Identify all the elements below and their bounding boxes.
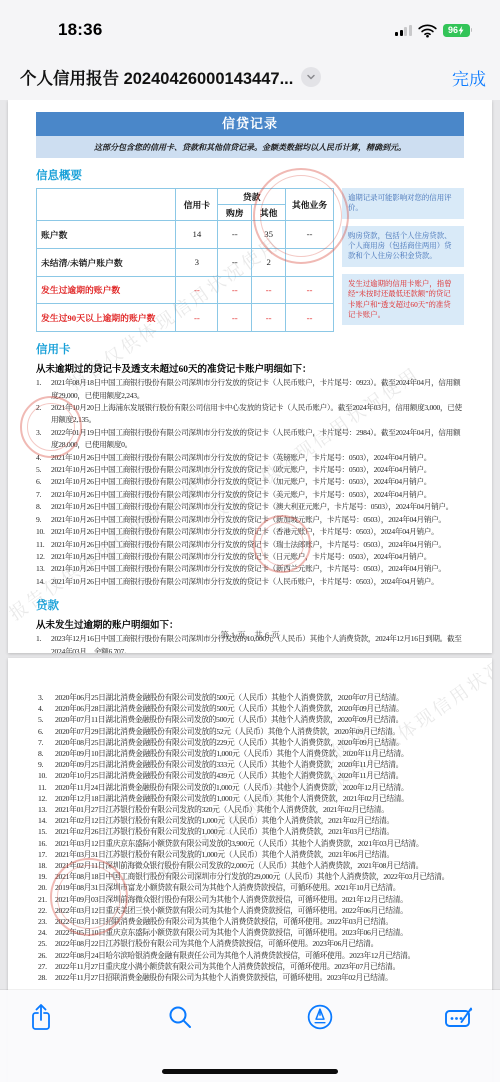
item-number: 9. xyxy=(36,514,51,526)
item-number: 12. xyxy=(38,793,55,804)
item-number: 24. xyxy=(38,927,55,938)
summary-note: 购房贷款，包括个人住房贷款、个人商用房（包括商住两用）贷款和个人住房公积金贷款。 xyxy=(342,226,464,267)
loan-item: 25.2022年08月22日江苏银行股份有限公司为其他个人消费贷款授信，可循环使… xyxy=(38,938,464,949)
summary-row-value: -- xyxy=(176,304,218,332)
report-page-1: 信贷记录 这部分包含您的信用卡、贷款和其他信贷记录。金额类数据均以人民币计算，精… xyxy=(8,100,492,653)
summary-table-row: 发生过逾期的账户数-------- xyxy=(37,276,334,304)
markup-icon xyxy=(306,1003,334,1031)
item-number: 6. xyxy=(36,476,51,488)
status-icons: 96 xyxy=(395,23,472,38)
item-text: 2020年07月29日湖北消费金融股份有限公司发放的52元（人民币）其他个人消费… xyxy=(55,726,464,737)
summary-notes: 逾期记录可能影响对您的信用评价。购房贷款，包括个人住房贷款、个人商用房（包括商住… xyxy=(342,188,464,332)
item-text: 2020年08月25日湖北消费金融股份有限公司发放的229元（人民币）其他个人消… xyxy=(55,737,464,748)
item-text: 2020年10月25日湖北消费金融股份有限公司发放的439元（人民币）其他个人消… xyxy=(55,770,464,781)
loan-item: 22.2022年03月12日重庆美团三快小额贷款有限公司为其他个人消费贷款授信，… xyxy=(38,905,464,916)
section-banner-subtitle: 这部分包含您的信用卡、贷款和其他信贷记录。金额类数据均以人民币计算，精确到元。 xyxy=(36,136,464,158)
loan-item: 12.2020年12月18日湖北消费金融股份有限公司发放的1,000元（人民币）… xyxy=(38,793,464,804)
summary-row-value: -- xyxy=(286,304,334,332)
item-number: 10. xyxy=(38,770,55,781)
summary-row-value: 2 xyxy=(252,248,286,276)
section-banner: 信贷记录 xyxy=(36,112,464,136)
loan-item: 24.2022年05月10日重庆京东盛际小额贷款有限公司为其他个人消费贷款授信，… xyxy=(38,927,464,938)
item-text: 2021年10月26日中国工商银行股份有限公司深圳市分行发放的贷记卡（瑞士法郎账… xyxy=(51,539,464,551)
credit-card-item: 12.2021年10月26日中国工商银行股份有限公司深圳市分行发放的贷记卡（日元… xyxy=(36,551,464,563)
col-loan-house: 购房 xyxy=(218,205,252,221)
autofill-button[interactable] xyxy=(442,1001,476,1033)
home-indicator[interactable] xyxy=(162,1069,338,1074)
item-number: 23. xyxy=(38,916,55,927)
done-button[interactable]: 完成 xyxy=(452,65,486,90)
col-loan-other: 其他 xyxy=(252,205,286,221)
loan-item: 10.2020年10月25日湖北消费金融股份有限公司发放的439元（人民币）其他… xyxy=(38,770,464,781)
col-other-biz: 其他业务 xyxy=(286,189,334,221)
markup-button[interactable] xyxy=(303,1001,337,1033)
summary-row-label: 发生过90天以上逾期的账户数 xyxy=(37,304,176,332)
summary-row-value: 14 xyxy=(176,221,218,249)
item-text: 2020年11月24日湖北消费金融股份有限公司发放的1,000元（人民币）其他个… xyxy=(55,782,464,793)
credit-card-item: 5.2021年10月26日中国工商银行股份有限公司深圳市分行发放的贷记卡（欧元账… xyxy=(36,464,464,476)
credit-card-item: 11.2021年10月26日中国工商银行股份有限公司深圳市分行发放的贷记卡（瑞士… xyxy=(36,539,464,551)
nav-bar: 个人信用报告 20240426000143447... 完成 xyxy=(0,54,500,100)
loan-item: 19.2021年08月18日中国工商银行股份有限公司深圳市分行发放的29,000… xyxy=(38,871,464,882)
charging-bolt-icon xyxy=(458,26,464,35)
loan-item: 4.2020年06月28日湖北消费金融股份有限公司发放的500元（人民币）其他个… xyxy=(38,703,464,714)
chevron-down-icon xyxy=(305,71,317,83)
item-number: 27. xyxy=(38,961,55,972)
summary-row-value: 35 xyxy=(252,221,286,249)
item-number: 9. xyxy=(38,759,55,770)
loan-section-title: 贷款 xyxy=(36,597,464,613)
loan-item: 13.2021年01月27日江苏银行股份有限公司发放的320元（人民币）其他个人… xyxy=(38,804,464,815)
summary-row-value: -- xyxy=(218,304,252,332)
item-text: 2021年09月03日深圳前海微众银行股份有限公司为其他个人消费贷款授信，可循环… xyxy=(55,894,464,905)
summary-row-label: 发生过逾期的账户数 xyxy=(37,276,176,304)
item-number: 6. xyxy=(38,726,55,737)
share-button[interactable] xyxy=(24,1001,58,1033)
title-menu-button[interactable] xyxy=(301,67,321,87)
credit-card-item: 6.2021年10月26日中国工商银行股份有限公司深圳市分行发放的贷记卡（加元账… xyxy=(36,476,464,488)
item-number: 7. xyxy=(38,737,55,748)
item-number: 14. xyxy=(36,576,51,588)
loan-item: 14.2021年02月12日江苏银行股份有限公司发放的1,000元（人民币）其他… xyxy=(38,815,464,826)
summary-row-value: -- xyxy=(252,304,286,332)
page-number: 第 1 页，共 6 页 xyxy=(8,629,492,641)
item-text: 2021年10月26日中国工商银行股份有限公司深圳市分行发放的贷记卡（加元账户，… xyxy=(51,476,464,488)
item-number: 10. xyxy=(36,526,51,538)
item-number: 7. xyxy=(36,489,51,501)
item-text: 2021年10月26日中国工商银行股份有限公司深圳市分行发放的贷记卡（欧元账户，… xyxy=(51,464,464,476)
summary-section-title: 信息概要 xyxy=(36,167,464,183)
item-number: 26. xyxy=(38,950,55,961)
loan-item: 28.2022年11月27日招联消费金融股份有限公司为其他个人消费贷款授信，可循… xyxy=(38,972,464,983)
col-credit-card: 信用卡 xyxy=(176,189,218,221)
wifi-icon xyxy=(418,23,437,38)
item-number: 2. xyxy=(36,402,51,427)
document-title: 个人信用报告 20240426000143447... xyxy=(20,65,293,89)
share-icon xyxy=(29,1003,53,1032)
search-icon xyxy=(167,1004,193,1030)
loan-item: 7.2020年08月25日湖北消费金融股份有限公司发放的229元（人民币）其他个… xyxy=(38,737,464,748)
item-number: 4. xyxy=(36,452,51,464)
credit-card-item: 8.2021年10月26日中国工商银行股份有限公司深圳市分行发放的贷记卡（澳大利… xyxy=(36,501,464,513)
search-button[interactable] xyxy=(163,1001,197,1033)
item-number: 5. xyxy=(36,464,51,476)
item-text: 2021年02月11日深圳前海微众银行股份有限公司发放的2,000元（人民币）其… xyxy=(55,860,464,871)
item-text: 2021年03月12日重庆京东盛际小额贷款有限公司发放的3,900元（人民币）其… xyxy=(55,838,464,849)
summary-row-value xyxy=(286,248,334,276)
cellular-signal-icon xyxy=(395,25,412,36)
item-number: 8. xyxy=(38,748,55,759)
item-number: 11. xyxy=(36,539,51,551)
loan-item: 16.2021年03月12日重庆京东盛际小额贷款有限公司发放的3,900元（人民… xyxy=(38,838,464,849)
item-number: 12. xyxy=(36,551,51,563)
item-number: 3. xyxy=(36,427,51,452)
item-text: 2022年08月22日江苏银行股份有限公司为其他个人消费贷款授信，可循环使用。2… xyxy=(55,938,464,949)
item-number: 25. xyxy=(38,938,55,949)
credit-card-item: 3.2022年01月19日中国工商银行股份有限公司深圳市分行发放的贷记卡（人民币… xyxy=(36,427,464,452)
clock: 18:36 xyxy=(58,20,102,40)
item-number: 28. xyxy=(38,972,55,983)
item-number: 13. xyxy=(36,563,51,575)
document-scroll-area[interactable]: 信贷记录 这部分包含您的信用卡、贷款和其他信贷记录。金额类数据均以人民币计算，精… xyxy=(0,100,500,1082)
summary-row-label: 未结清/未销户账户数 xyxy=(37,248,176,276)
item-number: 19. xyxy=(38,871,55,882)
item-text: 2020年12月18日湖北消费金融股份有限公司发放的1,000元（人民币）其他个… xyxy=(55,793,464,804)
credit-card-item: 10.2021年10月26日中国工商银行股份有限公司深圳市分行发放的贷记卡（香港… xyxy=(36,526,464,538)
item-text: 2021年10月26日中国工商银行股份有限公司深圳市分行发放的贷记卡（英镑账户，… xyxy=(51,452,464,464)
item-text: 2020年09月10日湖北消费金融股份有限公司发放的1,000元（人民币）其他个… xyxy=(55,748,464,759)
credit-card-item: 9.2021年10月26日中国工商银行股份有限公司深圳市分行发放的贷记卡（新加坡… xyxy=(36,514,464,526)
item-text: 2021年10月26日中国工商银行股份有限公司深圳市分行发放的贷记卡（日元账户，… xyxy=(51,551,464,563)
loan-item: 15.2021年02月26日江苏银行股份有限公司发放的1,000元（人民币）其他… xyxy=(38,826,464,837)
loan-item: 11.2020年11月24日湖北消费金融股份有限公司发放的1,000元（人民币）… xyxy=(38,782,464,793)
item-number: 3. xyxy=(38,692,55,703)
loan-item: 5.2020年07月11日湖北消费金融股份有限公司发放的500元（人民币）其他个… xyxy=(38,714,464,725)
summary-row-value: -- xyxy=(218,221,252,249)
summary-note: 逾期记录可能影响对您的信用评价。 xyxy=(342,188,464,219)
bottom-toolbar xyxy=(0,990,500,1082)
battery-icon: 96 xyxy=(443,24,473,37)
item-text: 2021年10月26日中国工商银行股份有限公司深圳市分行发放的贷记卡（美元账户，… xyxy=(51,489,464,501)
credit-card-list: 1.2021年08月18日中国工商银行股份有限公司深圳市分行发放的贷记卡（人民币… xyxy=(36,377,464,588)
summary-row-value: -- xyxy=(252,276,286,304)
item-text: 2022年03月13日招联消费金融股份有限公司为其他个人消费贷款授信，可循环使用… xyxy=(55,916,464,927)
loan-item: 17.2021年03月31日江苏银行股份有限公司发放的1,000元（人民币）其他… xyxy=(38,849,464,860)
item-number: 4. xyxy=(38,703,55,714)
item-text: 2020年09月25日湖北消费金融股份有限公司发放的333元（人民币）其他个人消… xyxy=(55,759,464,770)
item-number: 1. xyxy=(36,377,51,402)
item-text: 2022年08月24日哈尔滨哈银消费金融有限责任公司为其他个人消费贷款授信，可循… xyxy=(55,950,464,961)
loan-continuation-list: 3.2020年06月25日湖北消费金融股份有限公司发放的500元（人民币）其他个… xyxy=(38,692,464,983)
item-text: 2020年07月11日湖北消费金融股份有限公司发放的500元（人民币）其他个人消… xyxy=(55,714,464,725)
item-text: 2021年02月26日江苏银行股份有限公司发放的1,000元（人民币）其他个人消… xyxy=(55,826,464,837)
loan-item: 3.2020年06月25日湖北消费金融股份有限公司发放的500元（人民币）其他个… xyxy=(38,692,464,703)
item-text: 2021年01月27日江苏银行股份有限公司发放的320元（人民币）其他个人消费贷… xyxy=(55,804,464,815)
item-number: 8. xyxy=(36,501,51,513)
item-text: 2021年10月26日中国工商银行股份有限公司深圳市分行发放的贷记卡（澳大利亚元… xyxy=(51,501,464,513)
credit-card-item: 13.2021年10月26日中国工商银行股份有限公司深圳市分行发放的贷记卡（新西… xyxy=(36,563,464,575)
item-number: 22. xyxy=(38,905,55,916)
item-text: 2021年10月26日中国工商银行股份有限公司深圳市分行发放的贷记卡（新加坡元账… xyxy=(51,514,464,526)
loan-item: 21.2021年09月03日深圳前海微众银行股份有限公司为其他个人消费贷款授信，… xyxy=(38,894,464,905)
summary-table-row: 未结清/未销户账户数3--2 xyxy=(37,248,334,276)
loan-item: 6.2020年07月29日湖北消费金融股份有限公司发放的52元（人民币）其他个人… xyxy=(38,726,464,737)
credit-card-item: 7.2021年10月26日中国工商银行股份有限公司深圳市分行发放的贷记卡（美元账… xyxy=(36,489,464,501)
loan-item: 26.2022年08月24日哈尔滨哈银消费金融有限责任公司为其他个人消费贷款授信… xyxy=(38,950,464,961)
item-text: 2021年10月20日上海浦东发展银行股份有限公司信用卡中心发放的贷记卡（人民币… xyxy=(51,402,464,427)
summary-row-value: 3 xyxy=(176,248,218,276)
summary-row-value: -- xyxy=(218,248,252,276)
credit-card-item: 2.2021年10月20日上海浦东发展银行股份有限公司信用卡中心发放的贷记卡（人… xyxy=(36,402,464,427)
item-text: 2022年05月10日重庆京东盛际小额贷款有限公司为其他个人消费贷款授信，可循环… xyxy=(55,927,464,938)
summary-row-value: -- xyxy=(218,276,252,304)
summary-block: 信用卡 贷款 其他业务 购房 其他 账户数14--35--未结清/未销户账户数3… xyxy=(36,188,464,332)
summary-row-value: -- xyxy=(286,221,334,249)
item-number: 21. xyxy=(38,894,55,905)
item-number: 18. xyxy=(38,860,55,871)
item-number: 15. xyxy=(38,826,55,837)
summary-table: 信用卡 贷款 其他业务 购房 其他 账户数14--35--未结清/未销户账户数3… xyxy=(36,188,334,332)
credit-card-item: 14.2021年10月26日中国工商银行股份有限公司深圳市分行发放的贷记卡（人民… xyxy=(36,576,464,588)
summary-note: 发生过逾期的信用卡账户，指曾经“未按时还最低还款额”的贷记卡账户和“透支超过60… xyxy=(342,274,464,325)
credit-card-section-title: 信用卡 xyxy=(36,341,464,357)
item-text: 2021年02月12日江苏银行股份有限公司发放的1,000元（人民币）其他个人消… xyxy=(55,815,464,826)
item-number: 17. xyxy=(38,849,55,860)
item-number: 13. xyxy=(38,804,55,815)
item-text: 2020年06月25日湖北消费金融股份有限公司发放的500元（人民币）其他个人消… xyxy=(55,692,464,703)
loan-item: 8.2020年09月10日湖北消费金融股份有限公司发放的1,000元（人民币）其… xyxy=(38,748,464,759)
item-text: 2021年03月31日江苏银行股份有限公司发放的1,000元（人民币）其他个人消… xyxy=(55,849,464,860)
loan-item: 9.2020年09月25日湖北消费金融股份有限公司发放的333元（人民币）其他个… xyxy=(38,759,464,770)
item-text: 2020年06月28日湖北消费金融股份有限公司发放的500元（人民币）其他个人消… xyxy=(55,703,464,714)
item-text: 2022年11月27日重庆度小满小额贷款有限公司为其他个人消费贷款授信，可循环使… xyxy=(55,961,464,972)
item-number: 14. xyxy=(38,815,55,826)
item-text: 2021年08月18日中国工商银行股份有限公司深圳市分行发放的贷记卡（人民币账户… xyxy=(51,377,464,402)
credit-card-item: 1.2021年08月18日中国工商银行股份有限公司深圳市分行发放的贷记卡（人民币… xyxy=(36,377,464,402)
summary-table-row: 发生过90天以上逾期的账户数-------- xyxy=(37,304,334,332)
item-text: 2021年08月18日中国工商银行股份有限公司深圳市分行发放的29,000元（人… xyxy=(55,871,464,882)
loan-item: 23.2022年03月13日招联消费金融股份有限公司为其他个人消费贷款授信，可循… xyxy=(38,916,464,927)
summary-row-label: 账户数 xyxy=(37,221,176,249)
item-number: 11. xyxy=(38,782,55,793)
battery-percent: 96 xyxy=(448,25,458,35)
item-text: 2022年01月19日中国工商银行股份有限公司深圳市分行发放的贷记卡（人民币账户… xyxy=(51,427,464,452)
status-bar: 18:36 96 xyxy=(0,0,500,54)
credit-card-subtitle: 从未逾期过的贷记卡及透支未超过60天的准贷记卡账户明细如下： xyxy=(36,361,464,375)
loan-item: 18.2021年02月11日深圳前海微众银行股份有限公司发放的2,000元（人民… xyxy=(38,860,464,871)
item-text: 2022年03月12日重庆美团三快小额贷款有限公司为其他个人消费贷款授信，可循环… xyxy=(55,905,464,916)
loan-item: 27.2022年11月27日重庆度小满小额贷款有限公司为其他个人消费贷款授信，可… xyxy=(38,961,464,972)
item-number: 16. xyxy=(38,838,55,849)
item-text: 2021年10月26日中国工商银行股份有限公司深圳市分行发放的贷记卡（人民币账户… xyxy=(51,576,464,588)
item-text: 2022年11月27日招联消费金融股份有限公司为其他个人消费贷款授信，可循环使用… xyxy=(55,972,464,983)
summary-row-value: -- xyxy=(176,276,218,304)
item-number: 20. xyxy=(38,882,55,893)
autofill-signature-icon xyxy=(444,1004,474,1030)
item-text: 2019年08月31日深圳市富龙小额贷款有限公司为其他个人消费贷款授信，可循环使… xyxy=(55,882,464,893)
item-text: 2021年10月26日中国工商银行股份有限公司深圳市分行发放的贷记卡（香港元账户… xyxy=(51,526,464,538)
loan-item: 20.2019年08月31日深圳市富龙小额贷款有限公司为其他个人消费贷款授信，可… xyxy=(38,882,464,893)
summary-table-row: 账户数14--35-- xyxy=(37,221,334,249)
summary-row-value: -- xyxy=(286,276,334,304)
item-number: 5. xyxy=(38,714,55,725)
item-text: 2021年10月26日中国工商银行股份有限公司深圳市分行发放的贷记卡（新西兰元账… xyxy=(51,563,464,575)
col-loan: 贷款 xyxy=(218,189,286,205)
credit-card-item: 4.2021年10月26日中国工商银行股份有限公司深圳市分行发放的贷记卡（英镑账… xyxy=(36,452,464,464)
